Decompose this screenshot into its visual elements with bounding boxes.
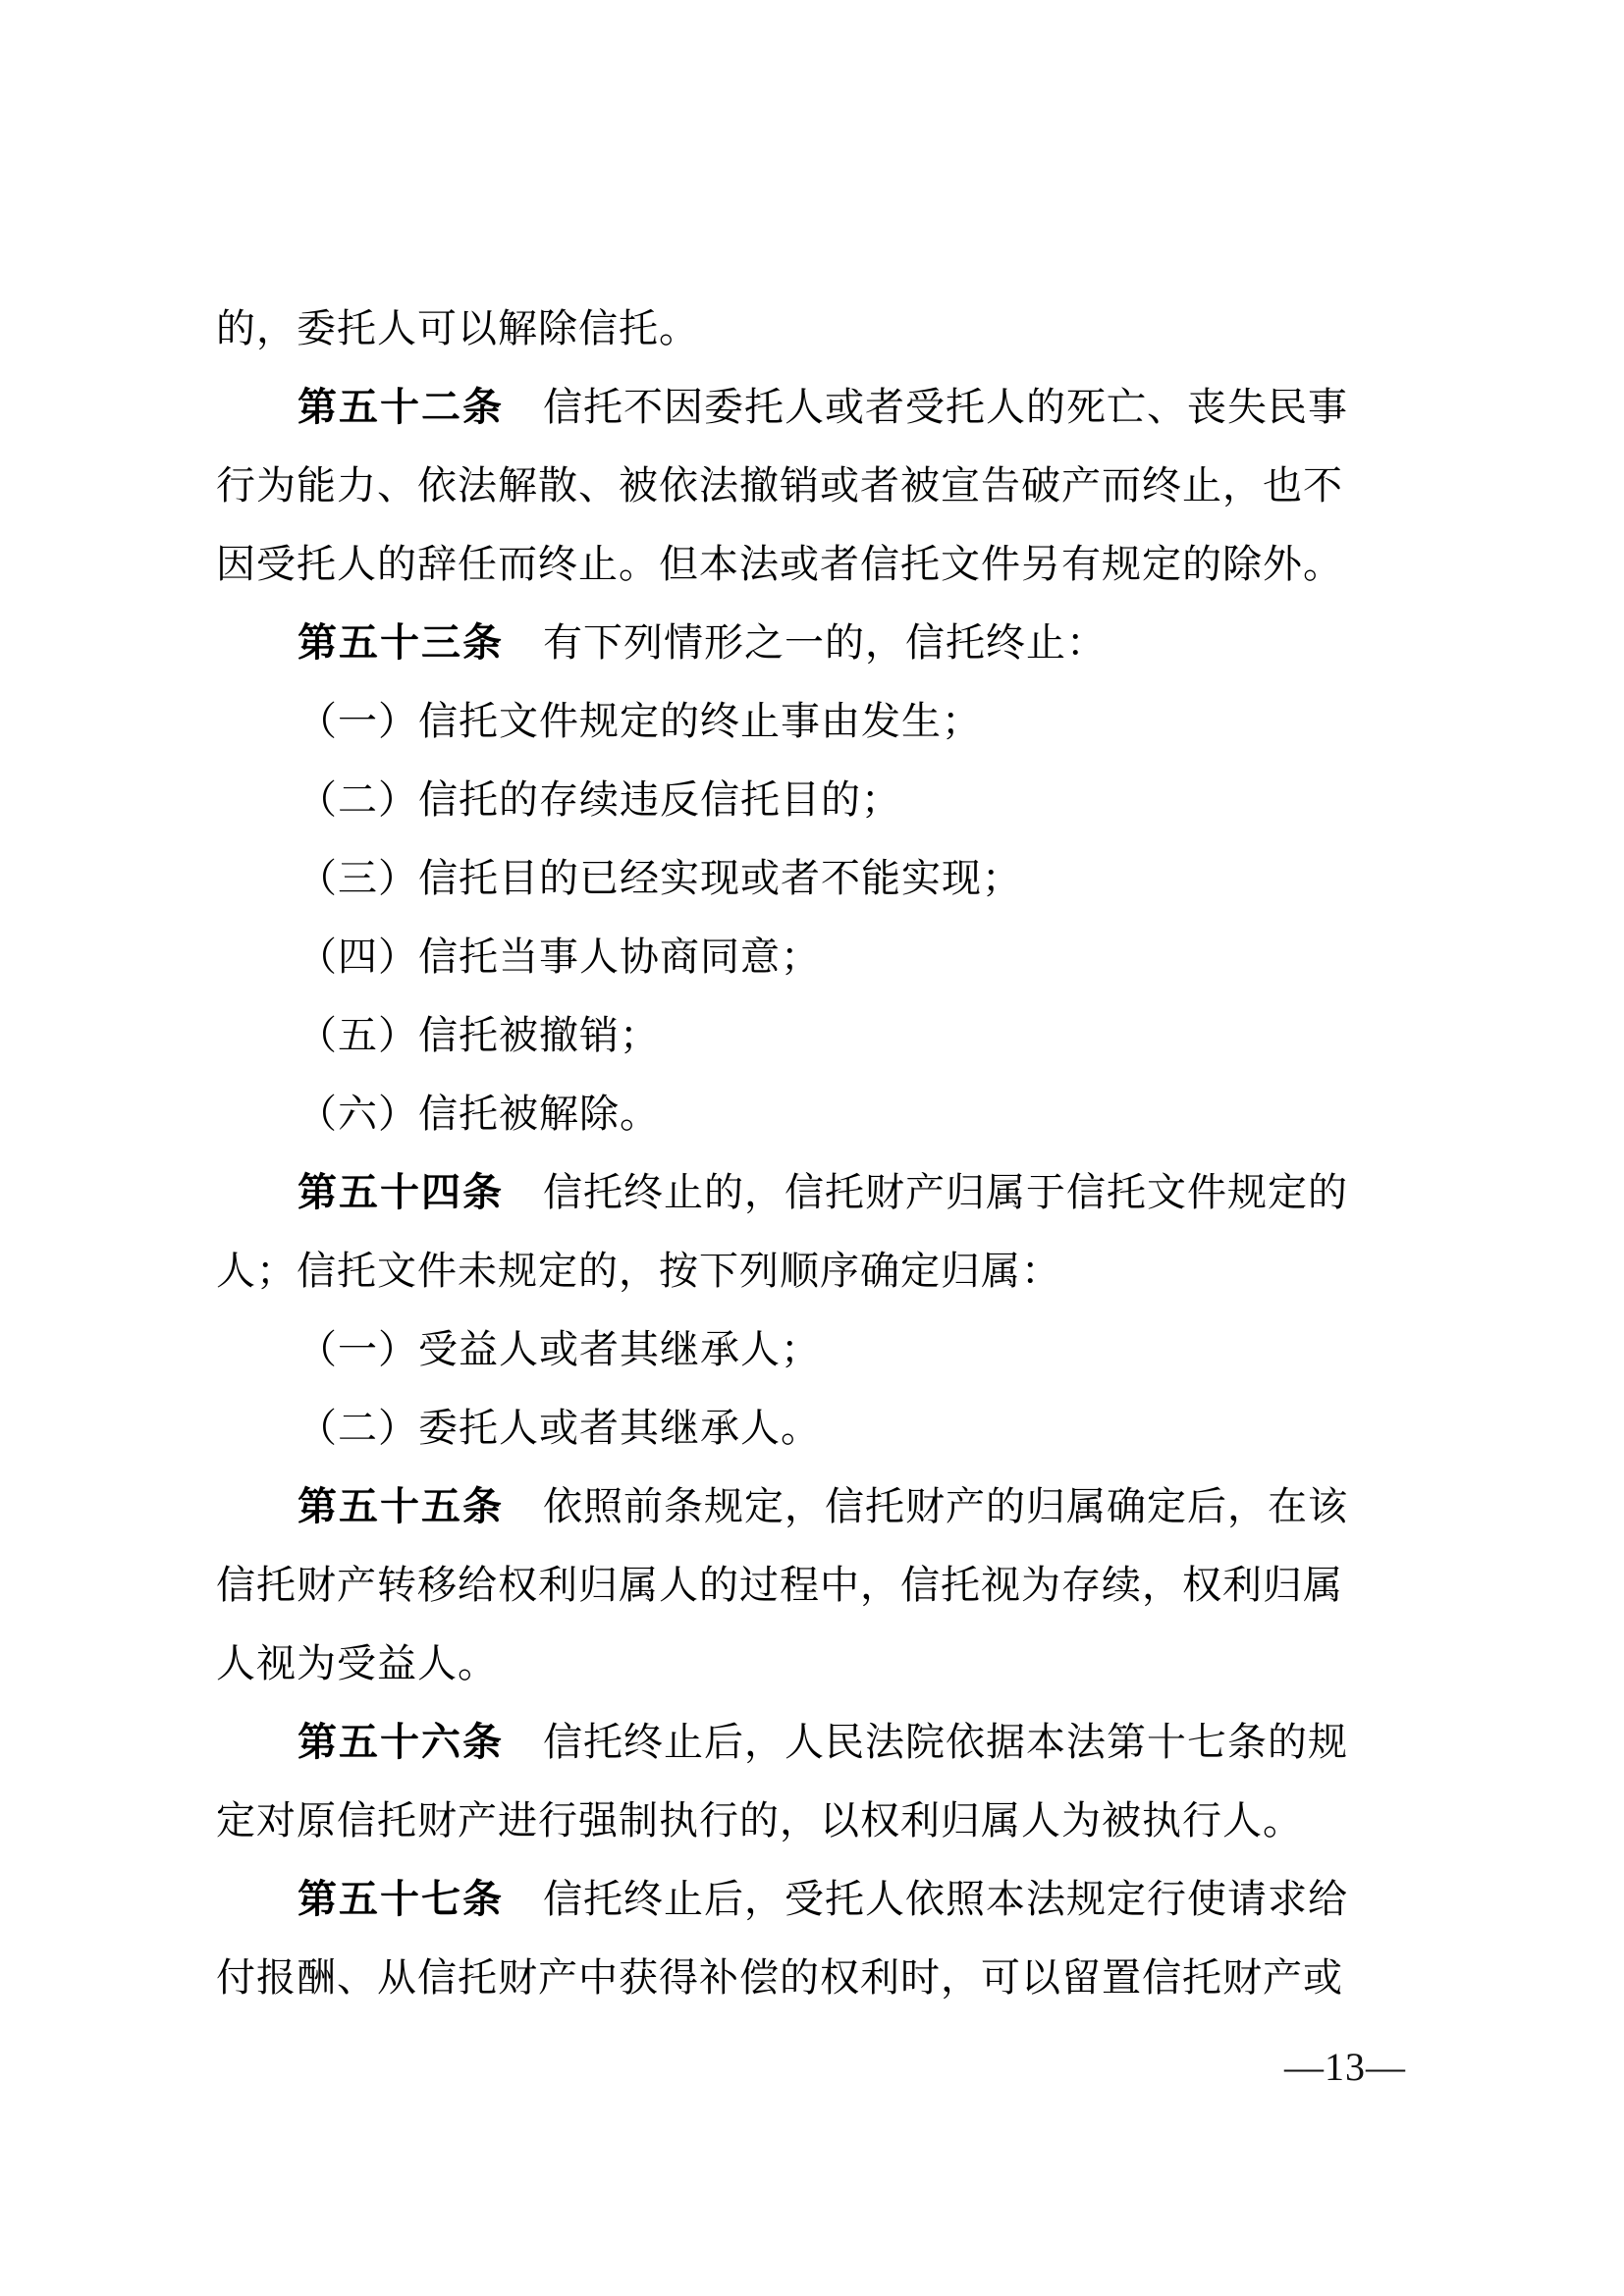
line-text: （一）信托文件规定的终止事由发生； xyxy=(298,699,982,743)
line-text: （六）信托被解除。 xyxy=(298,1092,660,1136)
article-number: 第五十六条 xyxy=(298,1721,504,1764)
document-line: 第五十三条有下列情形之一的，信托终止： xyxy=(216,604,1492,682)
line-text: 的，委托人可以解除信托。 xyxy=(216,306,699,350)
line-text: 行为能力、依法解散、被依法撤销或者被宣告破产而终止，也不 xyxy=(216,463,1343,507)
line-text: 付报酬、从信托财产中获得补偿的权利时，可以留置信托财产或 xyxy=(216,1955,1343,2000)
line-text: （三）信托目的已经实现或者不能实现； xyxy=(298,856,1022,900)
line-text: 信托终止后，人民法院依据本法第十七条的规 xyxy=(543,1720,1348,1764)
document-line: （六）信托被解除。 xyxy=(216,1075,1492,1153)
line-text: （二）委托人或者其继承人。 xyxy=(298,1406,821,1450)
document-line: （一）信托文件规定的终止事由发生； xyxy=(216,682,1492,761)
document-line: （二）委托人或者其继承人。 xyxy=(216,1389,1492,1468)
document-line: 付报酬、从信托财产中获得补偿的权利时，可以留置信托财产或 xyxy=(216,1939,1492,2017)
line-text: 信托终止后，受托人依照本法规定行使请求给 xyxy=(543,1877,1348,1921)
line-text: 信托财产转移给权利归属人的过程中，信托视为存续，权利归属 xyxy=(216,1563,1343,1607)
document-line: 人视为受益人。 xyxy=(216,1625,1492,1703)
line-text: 依照前条规定，信托财产的归属确定后，在该 xyxy=(543,1484,1348,1528)
document-line: 因受托人的辞任而终止。但本法或者信托文件另有规定的除外。 xyxy=(216,525,1492,604)
document-line: 第五十五条依照前条规定，信托财产的归属确定后，在该 xyxy=(216,1468,1492,1546)
document-line: 行为能力、依法解散、被依法撤销或者被宣告破产而终止，也不 xyxy=(216,447,1492,525)
document-line: （三）信托目的已经实现或者不能实现； xyxy=(216,839,1492,918)
article-number: 第五十七条 xyxy=(298,1878,504,1921)
line-text: 人视为受益人。 xyxy=(216,1641,498,1685)
document-line: 定对原信托财产进行强制执行的，以权利归属人为被执行人。 xyxy=(216,1782,1492,1860)
line-text: 信托终止的，信托财产归属于信托文件规定的 xyxy=(543,1170,1348,1214)
document-page: 的，委托人可以解除信托。第五十二条信托不因委托人或者受托人的死亡、丧失民事行为能… xyxy=(0,0,1624,2296)
line-text: 有下列情形之一的，信托终止： xyxy=(543,620,1107,665)
document-body: 的，委托人可以解除信托。第五十二条信托不因委托人或者受托人的死亡、丧失民事行为能… xyxy=(216,290,1492,2017)
document-line: 第五十六条信托终止后，人民法院依据本法第十七条的规 xyxy=(216,1703,1492,1782)
document-line: （二）信托的存续违反信托目的； xyxy=(216,761,1492,839)
article-number: 第五十五条 xyxy=(298,1485,504,1528)
document-line: 第五十七条信托终止后，受托人依照本法规定行使请求给 xyxy=(216,1860,1492,1939)
line-text: （四）信托当事人协商同意； xyxy=(298,934,821,979)
document-line: 第五十四条信托终止的，信托财产归属于信托文件规定的 xyxy=(216,1153,1492,1232)
line-text: （五）信托被撤销； xyxy=(298,1013,660,1057)
article-number: 第五十三条 xyxy=(298,621,504,665)
document-line: 第五十二条信托不因委托人或者受托人的死亡、丧失民事 xyxy=(216,368,1492,447)
document-line: （一）受益人或者其继承人； xyxy=(216,1310,1492,1389)
line-text: 因受托人的辞任而终止。但本法或者信托文件另有规定的除外。 xyxy=(216,542,1343,586)
line-text: 定对原信托财产进行强制执行的，以权利归属人为被执行人。 xyxy=(216,1798,1303,1842)
line-text: （二）信托的存续违反信托目的； xyxy=(298,777,901,822)
article-number: 第五十四条 xyxy=(298,1171,504,1214)
line-text: 人；信托文件未规定的，按下列顺序确定归属： xyxy=(216,1249,1061,1293)
document-line: 人；信托文件未规定的，按下列顺序确定归属： xyxy=(216,1232,1492,1310)
document-line: 的，委托人可以解除信托。 xyxy=(216,290,1492,368)
line-text: 信托不因委托人或者受托人的死亡、丧失民事 xyxy=(543,385,1348,429)
document-line: 信托财产转移给权利归属人的过程中，信托视为存续，权利归属 xyxy=(216,1546,1492,1625)
article-number: 第五十二条 xyxy=(298,386,504,429)
document-line: （五）信托被撤销； xyxy=(216,996,1492,1075)
document-line: （四）信托当事人协商同意； xyxy=(216,918,1492,996)
line-text: （一）受益人或者其继承人； xyxy=(298,1327,821,1371)
page-number: —13— xyxy=(1222,2044,1468,2090)
